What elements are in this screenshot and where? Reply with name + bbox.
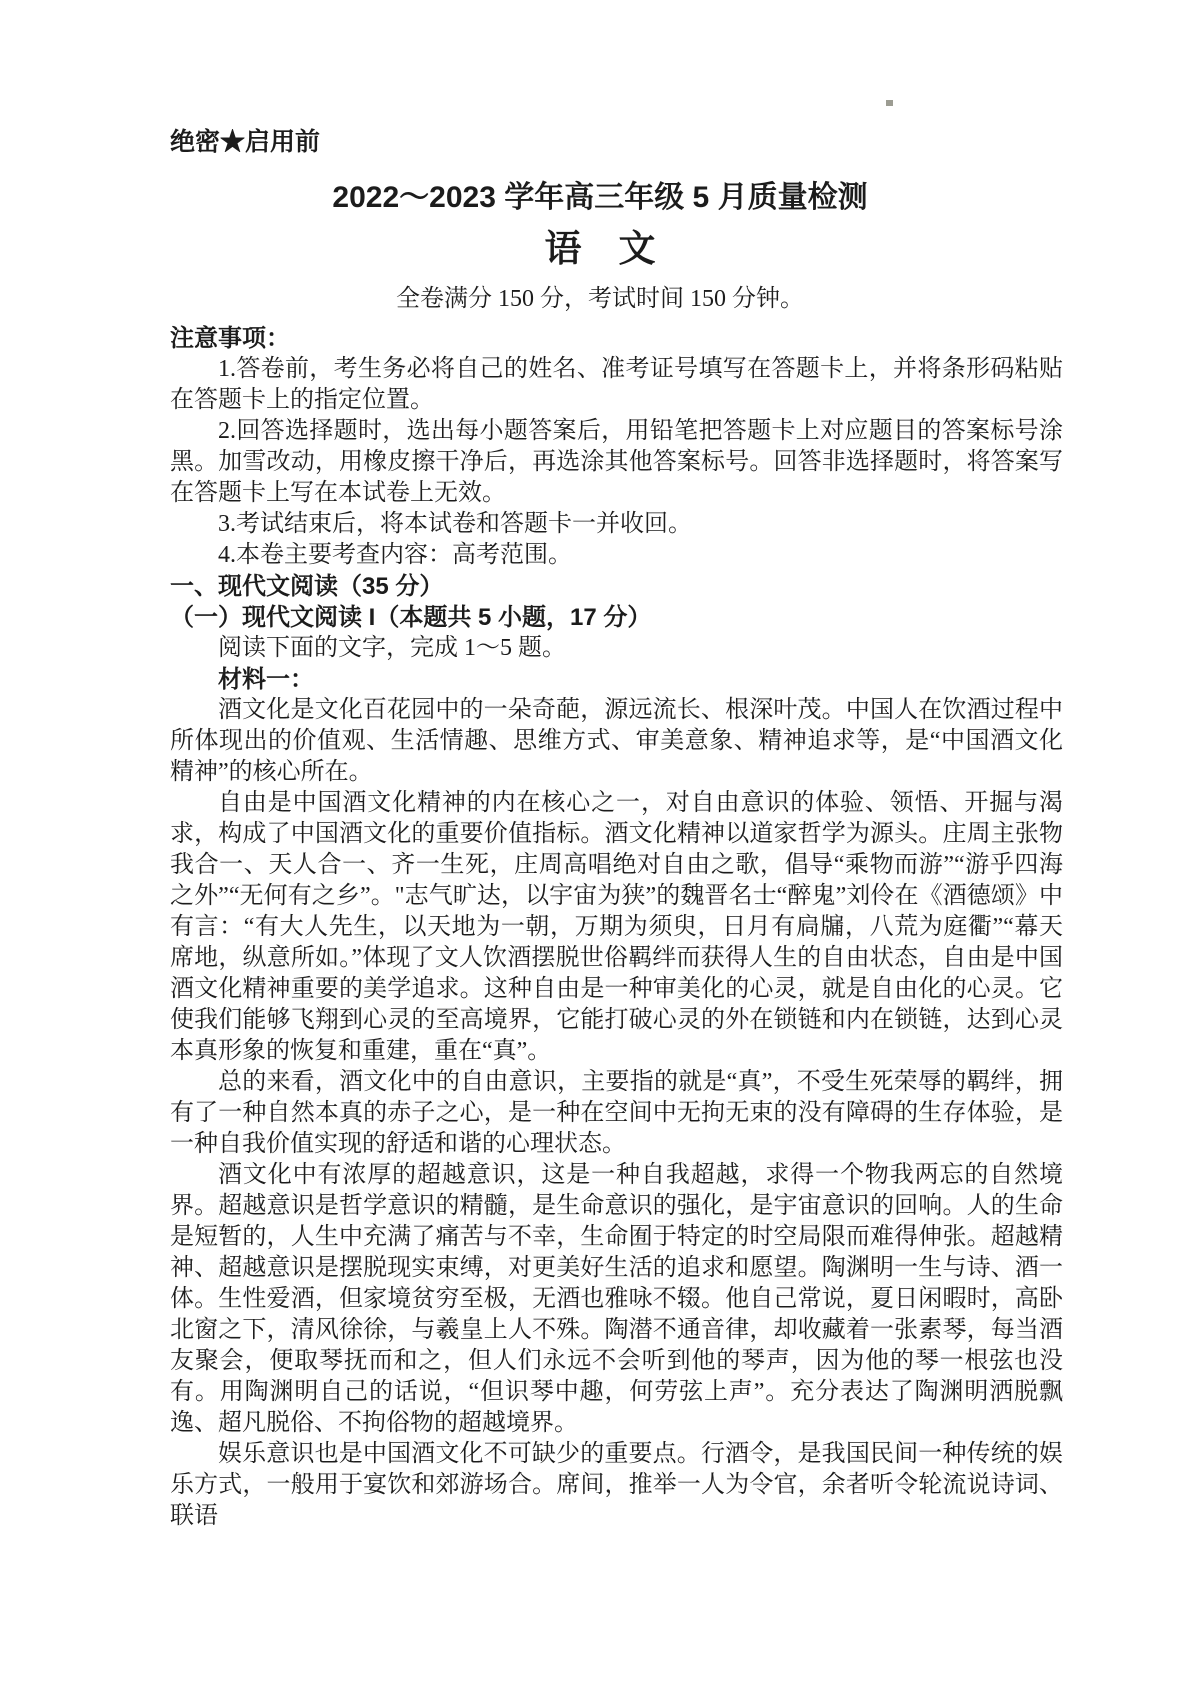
notice-item-1: 1.答卷前，考生务必将自己的姓名、准考证号填写在答题卡上，并将条形码粘贴在答题卡… [170,354,1063,416]
material-paragraph-4: 酒文化中有浓厚的超越意识，这是一种自我超越，求得一个物我两忘的自然境界。超越意识… [170,1160,1063,1439]
material-paragraph-5: 娱乐意识也是中国酒文化不可缺少的重要点。行酒令，是我国民间一种传统的娱乐方式，一… [170,1439,1063,1532]
subsection-heading: （一）现代文阅读 I（本题共 5 小题，17 分） [170,602,1063,633]
material-paragraph-1: 酒文化是文化百花园中的一朵奇葩，源远流长、根深叶茂。中国人在饮酒过程中所体现出的… [170,695,1063,788]
reading-intro: 阅读下面的文字，完成 1～5 题。 [170,633,1063,664]
material-paragraph-3: 总的来看，酒文化中的自由意识，主要指的就是“真”，不受生死荣辱的羁绊，拥有了一种… [170,1067,1063,1160]
notice-item-2: 2.回答选择题时，选出每小题答案后，用铅笔把答题卡上对应题目的答案标号涂黑。加雪… [170,416,1063,509]
scan-artifact-dot [886,100,893,106]
security-label: 绝密★启用前 [170,0,1200,156]
exam-paper-page: 绝密★启用前 2022～2023 学年高三年级 5 月质量检测 语 文 全卷满分… [0,0,1200,1698]
score-line: 全卷满分 150 分，考试时间 150 分钟。 [0,284,1200,315]
paper-body: 注意事项： 1.答卷前，考生务必将自己的姓名、准考证号填写在答题卡上，并将条形码… [170,323,1063,1532]
subject-title: 语 文 [0,226,1200,272]
exam-title: 2022～2023 学年高三年级 5 月质量检测 [0,180,1200,216]
notice-item-3: 3.考试结束后，将本试卷和答题卡一并收回。 [170,509,1063,540]
notice-item-4: 4.本卷主要考查内容：高考范围。 [170,540,1063,571]
notice-heading: 注意事项： [170,323,1063,354]
material-heading: 材料一： [170,664,1063,695]
section-heading: 一、现代文阅读（35 分） [170,571,1063,602]
material-paragraph-2: 自由是中国酒文化精神的内在核心之一，对自由意识的体验、领悟、开掘与渴求，构成了中… [170,788,1063,1067]
